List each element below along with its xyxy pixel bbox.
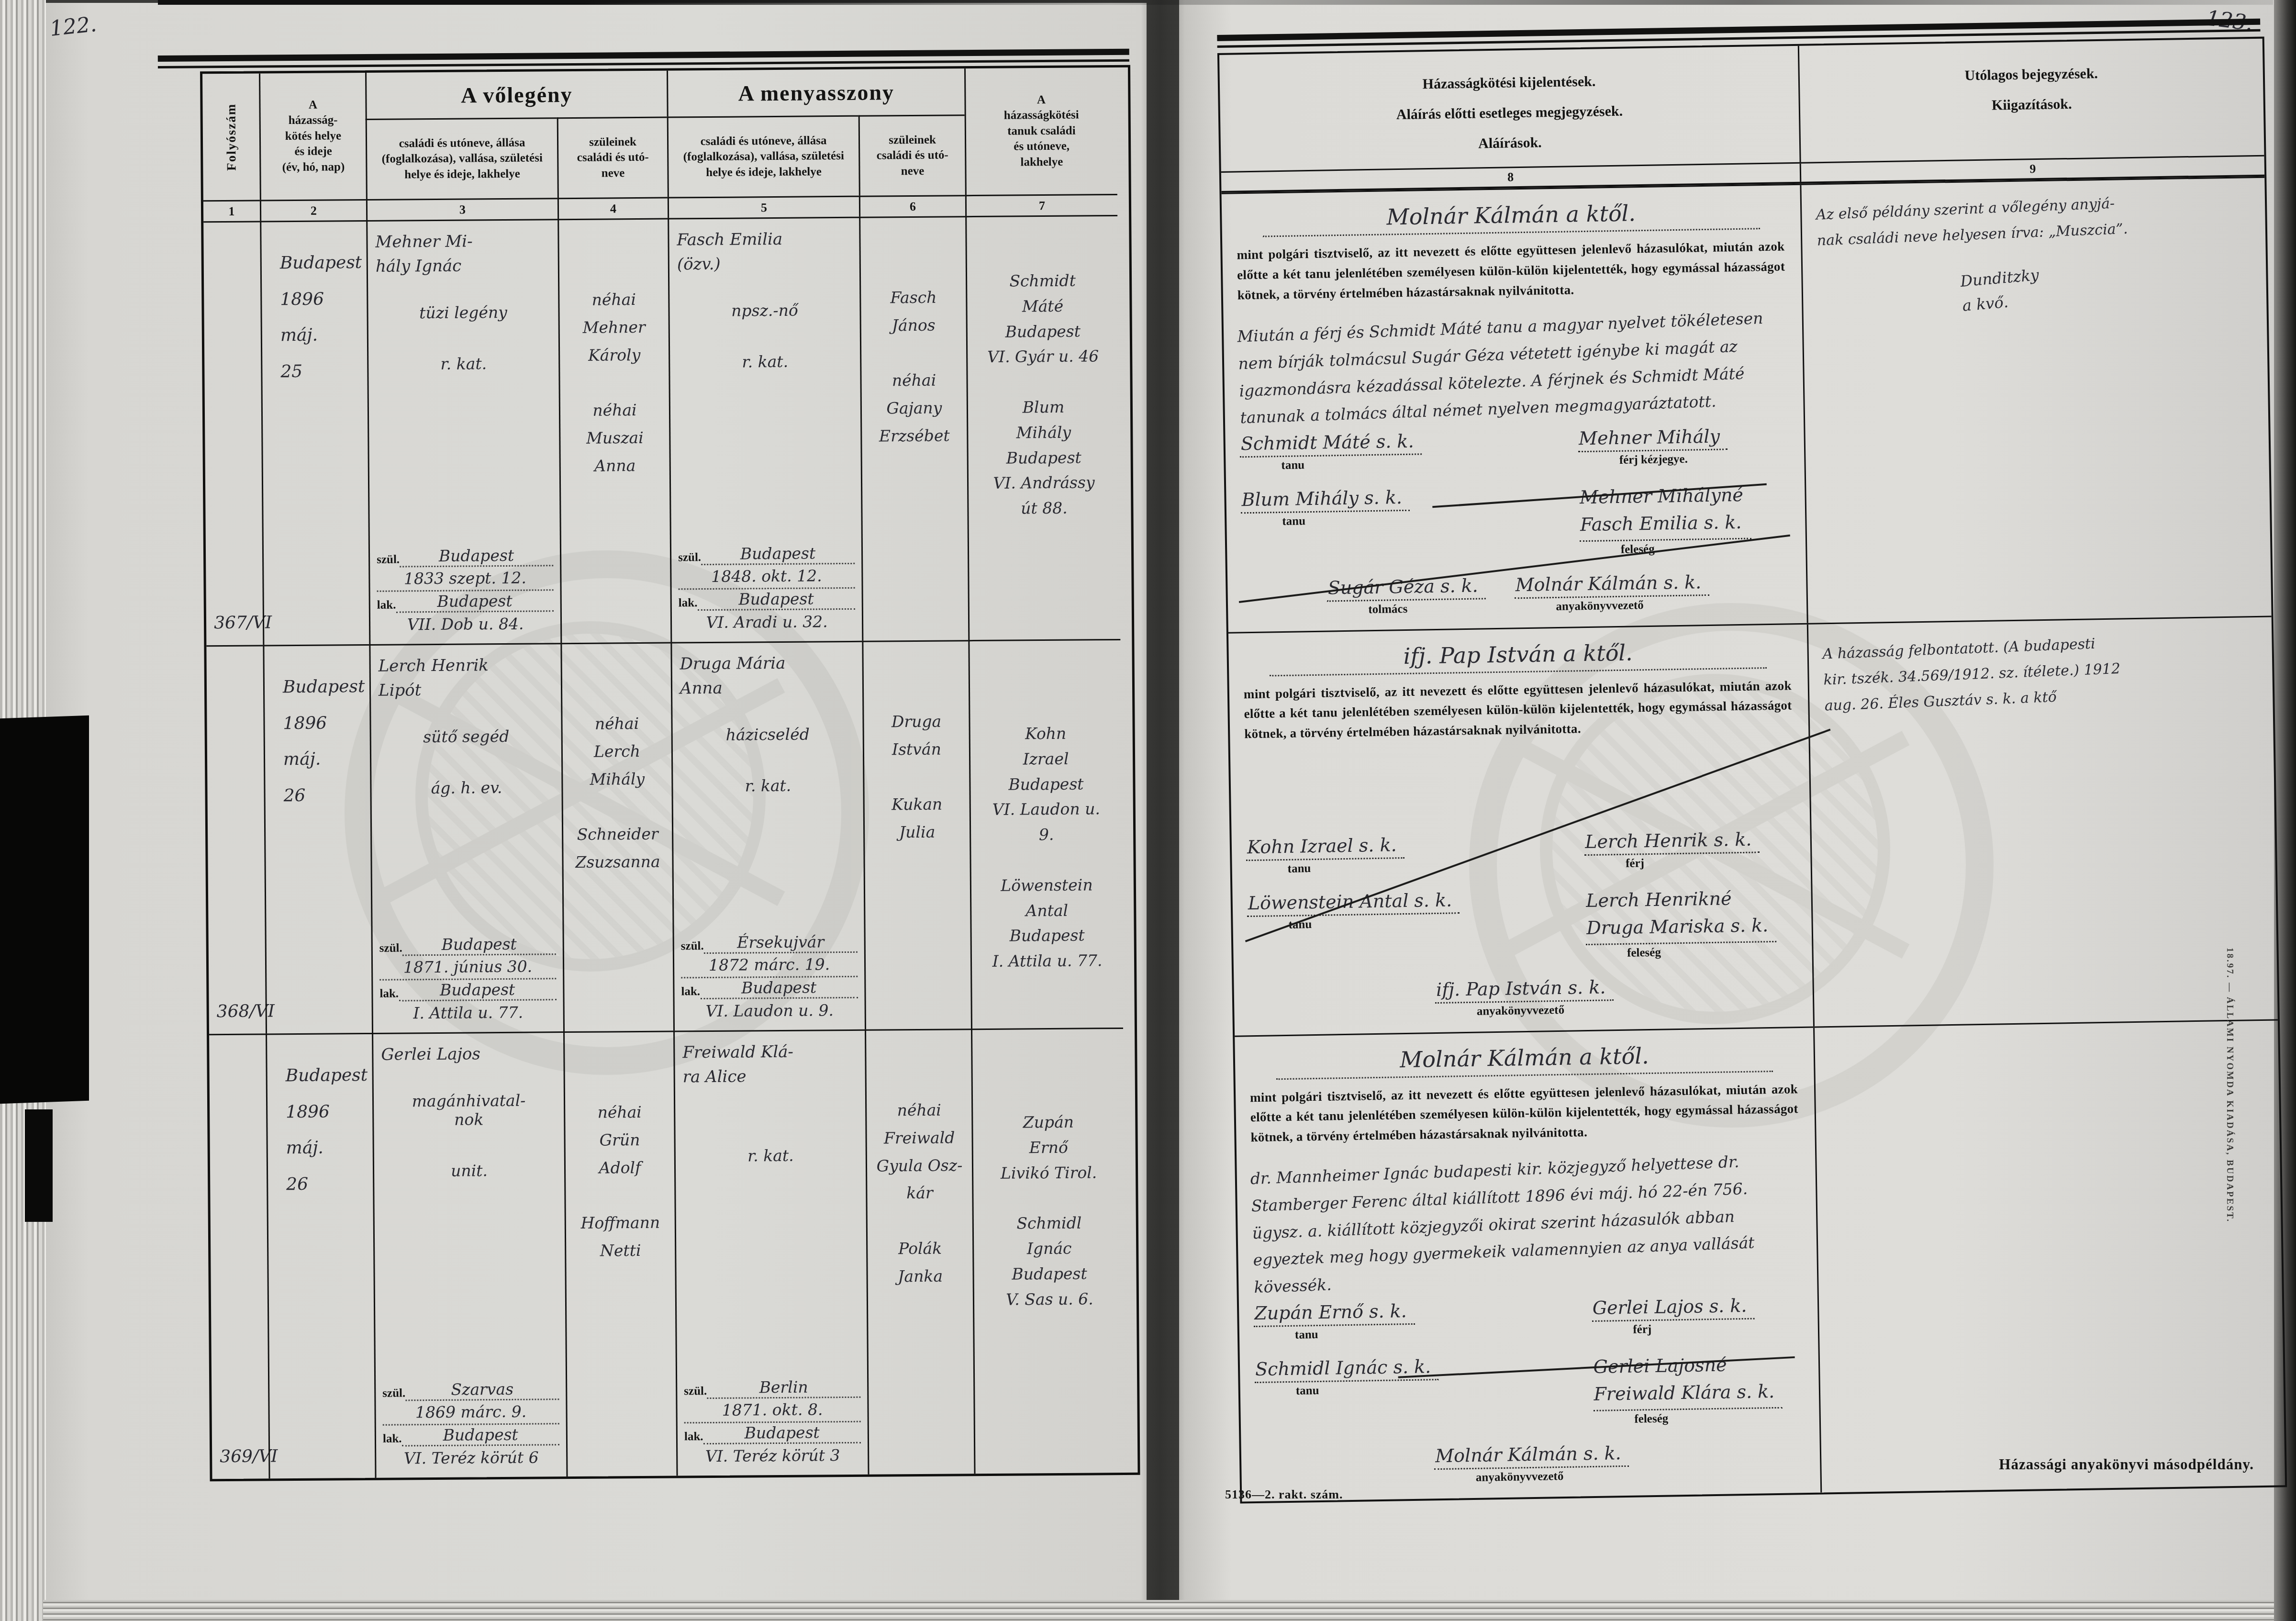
entry-number: 368/VI: [214, 1002, 261, 1026]
groom-religion: r. kat.: [373, 354, 554, 374]
margin-empty: [1815, 1020, 2285, 1492]
colnum-5: 5: [668, 196, 859, 218]
witnesses-cell: Kohn Izrael Budapest VI. Laudon u. 9. Lö…: [968, 639, 1123, 1028]
header-groom-details: családi és utóneve, állása (foglalkozása…: [366, 117, 557, 199]
groom-parents-cell: néhai Grün Adolf Hoffmann Netti: [563, 1031, 676, 1477]
place-date-cell: Budapest 1896 máj. 26: [263, 644, 372, 1034]
registrar-signature: ifj. Pap István s. k. anyakönyvvezető: [1435, 976, 1614, 1019]
bride-name: Fasch Emilia (özv.): [674, 227, 855, 277]
registrar-name-line: Molnár Kálmán a ktől.: [1262, 198, 1761, 237]
bride-occupation: házicseléd: [678, 725, 858, 745]
bride-occupation: npsz.-nő: [674, 301, 855, 321]
husband-signature: Lerch Henrik s. k. férj: [1522, 828, 1798, 872]
book-bottom-edge: [43, 1600, 2274, 1621]
groom-residence-city: Budapest: [396, 591, 554, 613]
colnum-1: 1: [203, 200, 260, 221]
declaration-entry: Molnár Kálmán a ktől. mint polgári tiszt…: [1235, 1019, 2285, 1501]
bride-residence-address: VI. Laudon u. 9.: [681, 1000, 858, 1022]
witness-signature: Blum Mihály s. k. tanu: [1240, 485, 1517, 562]
colnum-2: 2: [260, 199, 366, 221]
registrar-name-line: Molnár Kálmán a ktől.: [1275, 1041, 1773, 1080]
table-row: 368/VI: [206, 645, 266, 1034]
colnum-6: 6: [859, 195, 965, 217]
black-bookmark-tab: [0, 715, 89, 1104]
bride-religion: r. kat.: [675, 352, 855, 372]
left-page-number: 122.: [49, 12, 98, 41]
groom-residence-city: Budapest: [401, 1424, 559, 1447]
bride-residence-city: Budapest: [700, 977, 858, 1000]
witness-signature: Löwenstein Antal s. k. tanu: [1247, 888, 1524, 966]
bride-parents-cell: néhai Freiwald Gyula Osz- kár Polák Jank…: [865, 1028, 974, 1475]
groom-parents-cell: néhai Mehner Károly néhai Muszai Anna: [557, 218, 670, 643]
marriage-register-table: Folyószám A házasság- kötés helye és ide…: [200, 65, 1140, 1481]
bride-birth-date: 1848. okt. 12.: [678, 564, 855, 590]
bride-religion: r. kat.: [680, 1146, 861, 1166]
printer-imprint: 18.97. — ÁLLAMI NYOMDA KIADÁSA, BUDAPEST…: [2224, 948, 2235, 1223]
header-place-date: A házasság- kötés helye és ideje (év, hó…: [259, 73, 366, 200]
registrar-signature: Molnár Kálmán s. k. anyakönyvvezető: [1434, 1442, 1629, 1485]
entry-number: 367/VI: [211, 613, 258, 637]
header-folyoszam-label: Folyószám: [223, 103, 239, 170]
bride-birth-date: 1872 márc. 19.: [681, 953, 858, 978]
bride-occupation: [680, 1113, 860, 1115]
groom-birth-date: 1871. június 30.: [379, 955, 556, 980]
groom-residence-address: VI. Teréz körút 6: [383, 1447, 559, 1469]
bride-residence-address: VI. Teréz körút 3: [684, 1445, 861, 1467]
scan-top-shadow: [158, 0, 2273, 5]
bride-birth-place: Budapest: [701, 543, 855, 565]
colnum-7: 7: [965, 194, 1117, 216]
header-bride-details: családi és utóneve, állása (foglalkozása…: [667, 115, 859, 197]
groom-occupation: sütő segéd: [376, 727, 557, 747]
groom-birth-date: 1833 szept. 12.: [377, 566, 553, 592]
bride-residence-city: Budapest: [703, 1422, 861, 1445]
header-groom-group: A vőlegény: [365, 71, 667, 119]
witness-signature: Zupán Ernő s. k. tanu: [1253, 1298, 1530, 1342]
colnum-3: 3: [366, 198, 557, 220]
bride-birth-place: Berlin: [707, 1377, 860, 1399]
witnesses-cell: Zupán Ernő Livikó Tirol. Schmidl Ignác B…: [971, 1028, 1126, 1474]
groom-cell: Mehner Mi- hály Ignác tüzi legény r. kat…: [366, 219, 560, 644]
groom-occupation: tüzi legény: [373, 302, 553, 323]
declarations-panel: Házasságkötési kijelentések. Aláírás elő…: [1217, 37, 2287, 1504]
bride-residence-address: VI. Aradi u. 32.: [679, 612, 855, 633]
groom-name: Lerch Henrik Lipót: [376, 653, 557, 703]
bride-cell: Fasch Emilia (özv.) npsz.-nő r. kat. szü…: [668, 217, 862, 642]
registrar-remark: Miután a férj és Schmidt Máté tanu a mag…: [1237, 304, 1791, 432]
groom-parents-cell: néhai Lerch Mihály Schneider Zsuzsanna: [560, 642, 673, 1032]
groom-birth-place: Budapest: [400, 545, 553, 567]
groom-religion: unit.: [379, 1161, 559, 1181]
groom-religion: ág. h. ev.: [376, 778, 557, 798]
registrar-remark: dr. Mannheimer Ignác budapesti kir. közj…: [1250, 1146, 1805, 1301]
witness-signature: Schmidt Máté s. k. tanu: [1239, 429, 1516, 473]
groom-cell: Lerch Henrik Lipót sütő segéd ág. h. ev.…: [369, 643, 563, 1033]
margin-note: Az első példány szerint a vőlegény anyjá…: [1816, 186, 2253, 254]
witness-signature: Schmidl Ignác s. k. tanu: [1254, 1354, 1531, 1432]
declaration-entry: Molnár Kálmán a ktől. mint polgári tiszt…: [1221, 177, 2271, 632]
groom-birth-date: 1869 márc. 9.: [382, 1400, 559, 1425]
table-row: 369/VI: [209, 1033, 268, 1479]
colnum-4: 4: [557, 197, 668, 219]
groom-name: Gerlei Lajos: [378, 1041, 558, 1067]
wife-signature: Gerlei Lajosné Freiwald Klára s. k. fele…: [1530, 1350, 1807, 1428]
printed-formula: mint polgári tisztviselő, az itt nevezet…: [1244, 676, 1793, 745]
bride-birth-date: 1871. okt. 8.: [684, 1398, 860, 1423]
groom-occupation: magánhivatal- nok: [379, 1091, 559, 1129]
bride-cell: Freiwald Klá- ra Alice r. kat. szül.Berl…: [673, 1029, 868, 1476]
registrar-signature: Molnár Kálmán s. k. anyakönyvvezető: [1514, 571, 1709, 614]
margin-note: A házasság felbontatott. (A budapesti ki…: [1822, 625, 2262, 719]
groom-residence-city: Budapest: [399, 979, 557, 1002]
groom-name: Mehner Mi- hály Ignác: [372, 229, 553, 279]
groom-birth-place: Szarvas: [405, 1379, 559, 1401]
col8-header: Házasságkötési kijelentések. Aláírás elő…: [1219, 46, 1801, 171]
header-folyoszam: Folyószám: [202, 74, 260, 201]
witnesses-cell: Schmidt Máté Budapest VI. Gyár u. 46 Blu…: [965, 215, 1120, 640]
margin-note-signature: Dunditzky a kvő.: [1959, 245, 2255, 318]
declaration-entry: ifj. Pap István a ktől. mint polgári tis…: [1228, 615, 2278, 1035]
bride-name: Druga Mária Anna: [677, 651, 858, 701]
husband-signature: Mehner Mihály férj kézjegye.: [1516, 425, 1792, 469]
groom-birth-place: Budapest: [402, 934, 556, 956]
place-date-cell: Budapest 1896 máj. 26: [266, 1033, 375, 1479]
husband-signature: Gerlei Lajos s. k. férj: [1529, 1294, 1806, 1338]
duplicate-register-caption: Házassági anyakönyvi másodpéldány.: [1704, 1456, 2254, 1473]
header-groom-parents: szüleinek családi és utó- neve: [557, 117, 668, 198]
groom-cell: Gerlei Lajos magánhivatal- nok unit. szü…: [372, 1031, 566, 1478]
bride-name: Freiwald Klá- ra Alice: [680, 1040, 860, 1090]
printed-formula: mint polgári tisztviselő, az itt nevezet…: [1237, 236, 1785, 305]
groom-residence-address: I. Attila u. 77.: [380, 1002, 557, 1024]
registrar-name-line: ifj. Pap István a ktől.: [1269, 637, 1767, 676]
bride-parents-cell: Druga István Kukan Julia: [862, 640, 971, 1029]
col9-header: Utólagos bejegyzések. Kiigazítások.: [1799, 39, 2264, 162]
entry-number: 369/VI: [217, 1447, 264, 1471]
bride-parents-cell: Fasch János néhai Gajany Erzsébet: [859, 216, 968, 641]
witness-signature: Kohn Izrael s. k. tanu: [1246, 832, 1523, 876]
table-row: 367/VI: [203, 221, 263, 645]
bride-cell: Druga Mária Anna házicseléd r. kat. szül…: [670, 641, 865, 1031]
header-bride-group: A menyasszony: [667, 68, 965, 116]
wife-signature: Lerch Henrikné Druga Mariska s. k. feles…: [1523, 884, 1800, 961]
header-witnesses: A házasságkötési tanuk családi és utónev…: [964, 67, 1117, 195]
book-gutter: [1141, 0, 1185, 1621]
bride-residence-city: Budapest: [697, 589, 855, 611]
bride-birth-place: Érsekujvár: [704, 932, 858, 954]
groom-residence-address: VII. Dob u. 84.: [377, 614, 554, 635]
storage-number: 5136—2. rakt. szám.: [1225, 1487, 1343, 1502]
printed-formula: mint polgári tisztviselő, az itt nevezet…: [1250, 1079, 1799, 1148]
black-bookmark-tab-small: [25, 1109, 53, 1222]
bride-religion: r. kat.: [678, 776, 858, 796]
place-date-cell: Budapest 1896 máj. 25: [260, 220, 369, 645]
header-bride-parents: szüleinek családi és utó- neve: [858, 114, 965, 196]
